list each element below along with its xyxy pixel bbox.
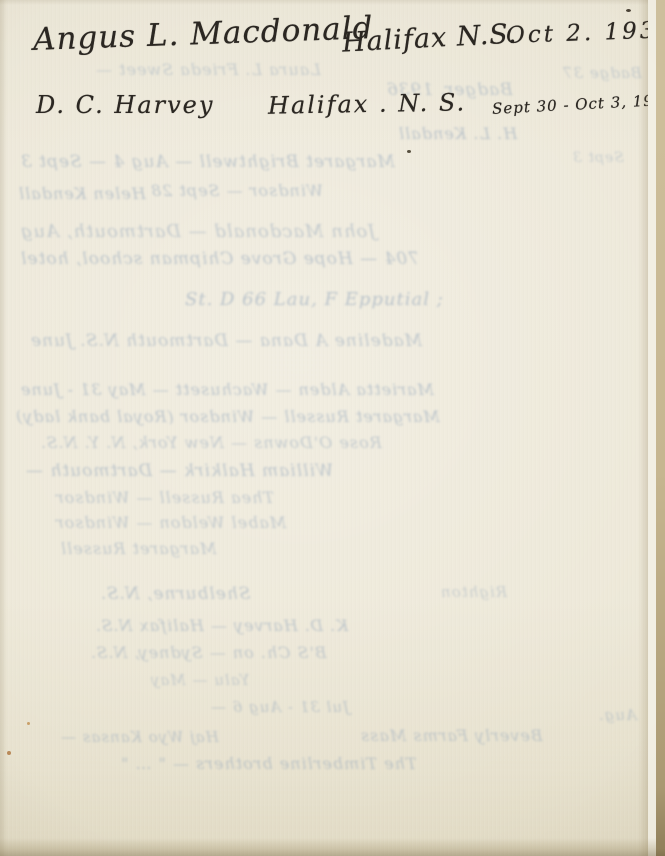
- page-right-margin: [648, 0, 656, 856]
- page-right-crease: [638, 0, 648, 856]
- bleedthrough-line: 704 — Hope Grove Chipman school, hotel: [20, 249, 419, 269]
- bleedthrough-line: Margaret Brightwell — Aug 4 — Sept 3: [20, 152, 395, 172]
- bleedthrough-line: Margaret Russell — Windsor (Royal bank l…: [15, 407, 440, 426]
- bleedthrough-line: Jul 31 - Aug 6 —: [210, 698, 349, 716]
- entry-2-place: Halifax . N. S.: [268, 88, 467, 119]
- page-right-edge: [656, 0, 665, 856]
- page-top-edge-shadow: [0, 0, 665, 5]
- paper-speck: [626, 9, 631, 12]
- bleedthrough-line: Windsor — Sept 28: [150, 181, 323, 200]
- bleedthrough-line: Laura L. Frieda Sweet —: [95, 60, 321, 79]
- bleedthrough-line: Mabel Weldon — Windsor: [55, 513, 286, 532]
- bleedthrough-line: B'S Ch. on — Sydney, N.S.: [90, 643, 327, 662]
- bleedthrough-line: Margaret Russell: [60, 539, 216, 558]
- paper-speck: [27, 722, 30, 725]
- bleedthrough-line: Yalu — May: [150, 671, 249, 689]
- bleedthrough-line: Madeline A Dana — Dartmouth N.S. June: [30, 331, 422, 351]
- bleedthrough-line: Marietta Alden — Wachusett — May 31 - Ju…: [20, 380, 434, 399]
- paper-speck: [7, 751, 11, 755]
- paper-speck: [407, 150, 411, 153]
- entry-1-date: Oct 2. 1937: [506, 17, 665, 49]
- entry-2-date: Sept 30 - Oct 3, 1937.: [492, 90, 665, 118]
- bleedthrough-line: H. L. Kendall: [398, 124, 517, 143]
- guestbook-page: Laura L. Frieda Sweet —Badge 37Badger, 1…: [0, 0, 665, 856]
- bleedthrough-line: Thea Russell — Windsor: [55, 488, 274, 507]
- bleedthrough-line: Shelburne, N.S.: [100, 584, 251, 604]
- bleedthrough-line: Helen Kendall: [18, 184, 146, 203]
- entry-2-name: D. C. Harvey: [36, 91, 214, 119]
- bleedthrough-line: Beverly Farms Mass: [360, 726, 543, 745]
- bleedthrough-line: The Timberline brothers — " … ": [120, 754, 417, 773]
- bleedthrough-line: William Halkirk — Dartmouth —: [25, 461, 333, 481]
- bleedthrough-line: Badge 37: [562, 64, 642, 82]
- bleedthrough-line: Aug.: [598, 706, 637, 724]
- bleedthrough-line: St. D 66 Lau, F Epputial ;: [185, 289, 444, 310]
- bleedthrough-line: K. D. Harvey — Halifax N.S.: [95, 616, 348, 635]
- page-left-edge-shadow: [0, 0, 7, 856]
- bleedthrough-line: Rose O'Downs — New York, N. Y. N.S.: [40, 433, 382, 452]
- entry-1-name: Angus L. Macdonald: [32, 10, 374, 58]
- bleedthrough-line: Sept 3: [572, 150, 624, 166]
- bleedthrough-line: Righton: [440, 583, 507, 601]
- bleedthrough-line: Haj Wyo Kansas —: [60, 728, 219, 746]
- bleedthrough-line: John Macdonald — Dartmouth, Aug: [20, 221, 376, 242]
- page-bottom-edge-shadow: [0, 838, 665, 856]
